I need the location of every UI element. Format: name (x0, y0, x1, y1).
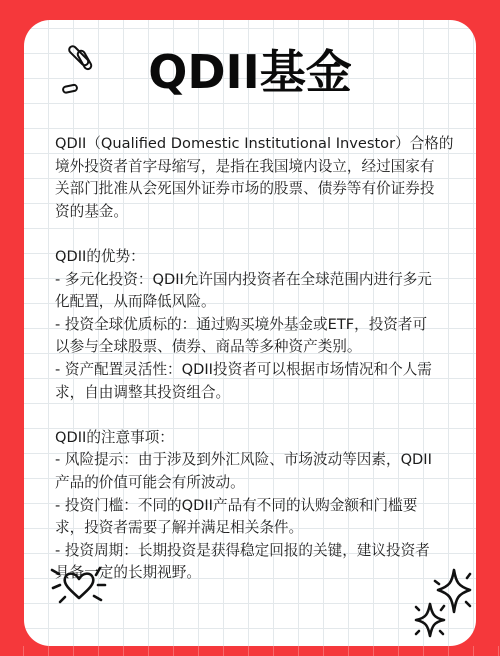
cautions-line: - 投资门槛：不同的QDII产品有不同的认购金额和门槛要 (55, 495, 455, 518)
bottom-grid-strip (0, 646, 500, 656)
advantages-line: 化配置，从而降低风险。 (55, 291, 455, 314)
advantages-line: - 资产配置灵活性：QDII投资者可以根据市场情况和个人需 (55, 359, 455, 382)
advantages-line: 求，自由调整其投资组合。 (55, 382, 455, 405)
heart-icon (50, 566, 108, 608)
cautions-line: - 投资周期：长期投资是获得稳定回报的关键，建议投资者 (55, 540, 455, 563)
content-card: QDII基金 QDII（Qualified Domestic Instituti… (24, 20, 476, 646)
intro-line: 关部门批准从会死国外证券市场的股票、债券等有价证券投 (55, 178, 455, 201)
advantages-line: - 多元化投资：QDII允许国内投资者在全球范围内进行多元 (55, 269, 455, 292)
page-title: QDII基金 (24, 42, 476, 102)
sparkle-icon (410, 564, 476, 642)
intro-line: QDII（Qualified Domestic Institutional In… (55, 133, 455, 156)
advantages-line: - 投资全球优质标的：通过购买境外基金或ETF，投资者可 (55, 314, 455, 337)
cautions-line: 具备一定的长期视野。 (55, 562, 455, 585)
article-body: QDII（Qualified Domestic Institutional In… (55, 133, 455, 585)
cautions-line: 求，投资者需要了解并满足相关条件。 (55, 517, 455, 540)
advantages-line: 以参与全球股票、债券、商品等多种资产类别。 (55, 336, 455, 359)
cautions-heading: QDII的注意事项： (55, 427, 455, 450)
intro-line: 资的基金。 (55, 201, 455, 224)
intro-line: 境外投资者首字母缩写，是指在我国境内设立，经过国家有 (55, 156, 455, 179)
cautions-line: 产品的价值可能会有所波动。 (55, 472, 455, 495)
advantages-heading: QDII的优势： (55, 246, 455, 269)
cautions-line: - 风险提示：由于涉及到外汇风险、市场波动等因素，QDII (55, 449, 455, 472)
